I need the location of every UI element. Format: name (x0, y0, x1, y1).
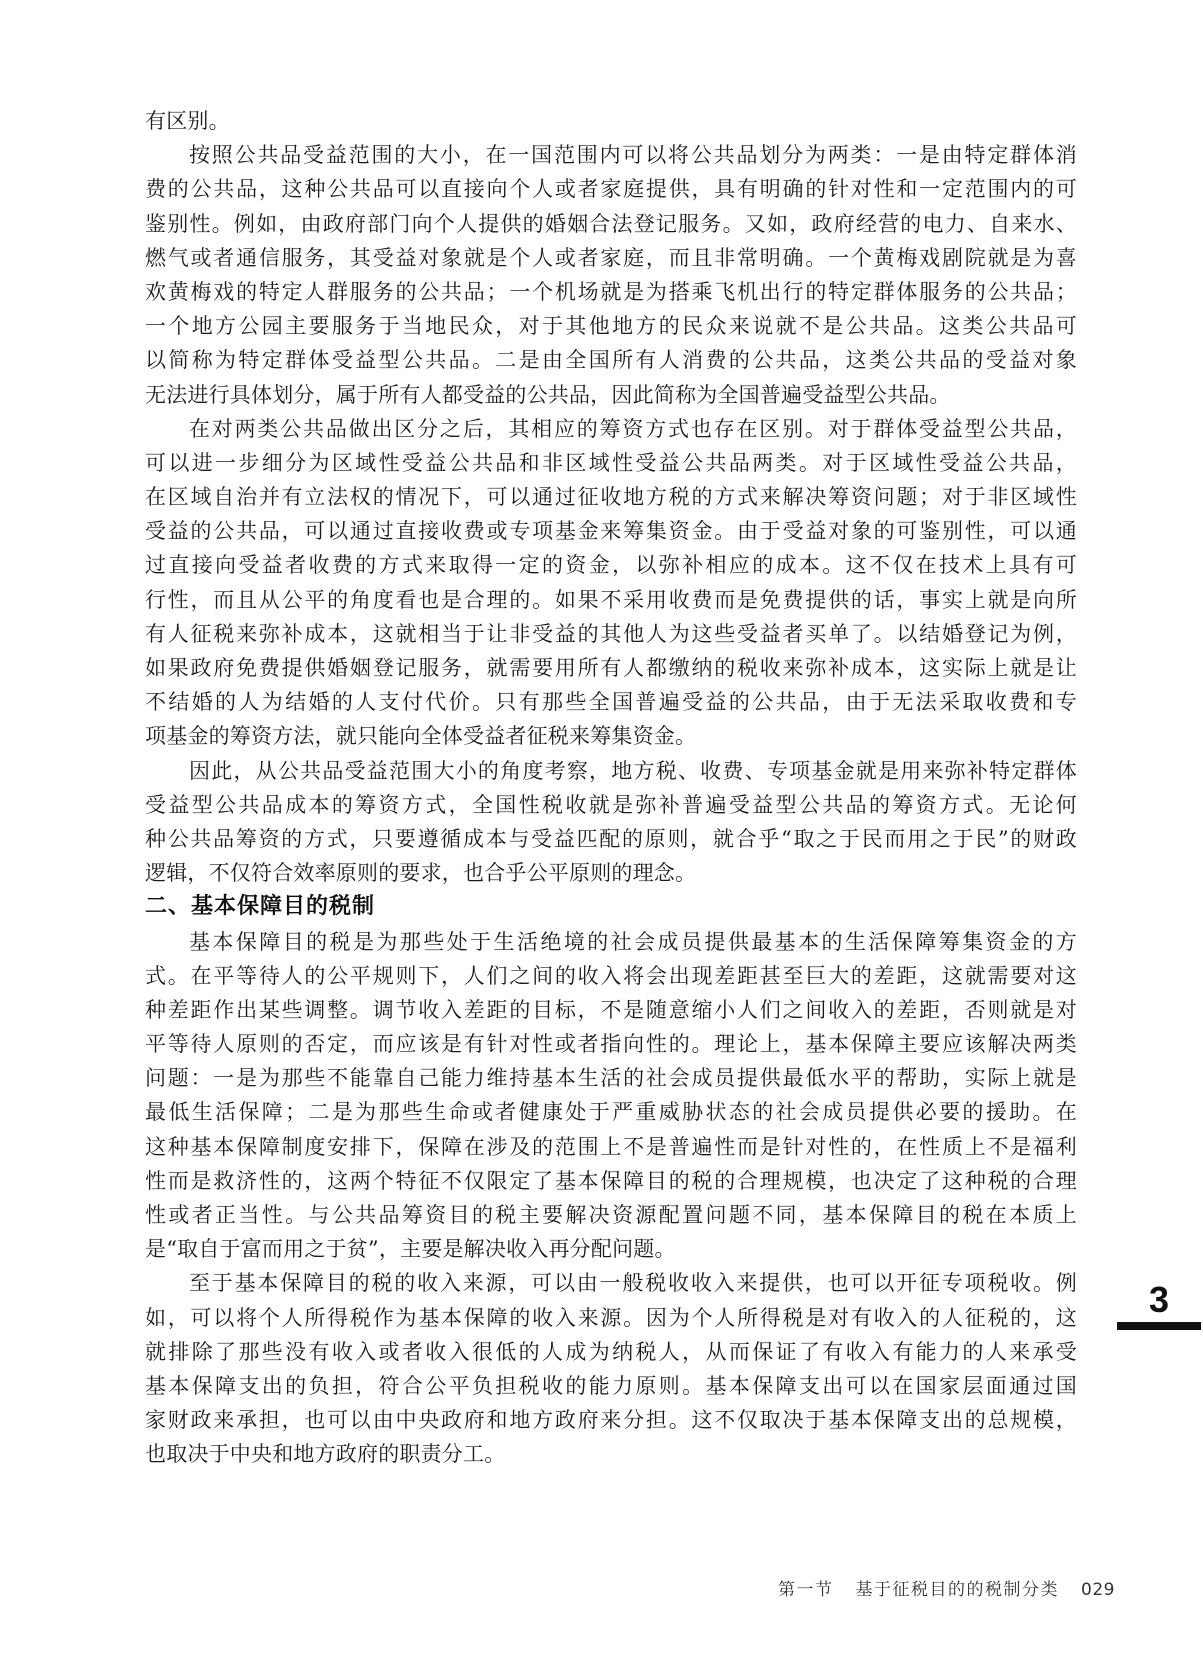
paragraph: 按照公共品受益范围的大小，在一国范围内可以将公共品划分为两类：一是由特定群体消 … (145, 138, 1077, 412)
running-footer: 第一节基于征税目的的税制分类029 (778, 1575, 1115, 1600)
text-line: 平等待人原则的否定，而应该是有针对性或者指向性的。理论上，基本保障主要应该解决两… (145, 1027, 1077, 1061)
text-line: 至于基本保障目的税的收入来源，可以由一般税收收入来提供，也可以开征专项税收。例 (145, 1266, 1077, 1300)
text-line: 性而是救济性的，这两个特征不仅限定了基本保障目的税的合理规模，也决定了这种税的合… (145, 1164, 1077, 1198)
text-line: 如，可以将个人所得税作为基本保障的收入来源。因为个人所得税是对有收入的人征税的，… (145, 1301, 1077, 1335)
body-text-column: 有区别。 按照公共品受益范围的大小，在一国范围内可以将公共品划分为两类：一是由特… (145, 104, 1077, 1472)
text-line: 家财政来承担，也可以由中央政府和地方政府来分担。这不仅取决于基本保障支出的总规模… (145, 1403, 1077, 1437)
text-line: 欢黄梅戏的特定人群服务的公共品；一个机场就是为搭乘飞机出行的特定群体服务的公共品… (145, 275, 1077, 309)
document-page: 有区别。 按照公共品受益范围的大小，在一国范围内可以将公共品划分为两类：一是由特… (0, 0, 1203, 1675)
text-line: 项基金的筹资方法，就只能向全体受益者征税来筹集资金。 (145, 719, 1077, 753)
text-line: 式。在平等待人的公平规则下，人们之间的收入将会出现差距甚至巨大的差距，这就需要对… (145, 959, 1077, 993)
chapter-bar-divider (1117, 1322, 1201, 1330)
paragraph: 基本保障目的税是为那些处于生活绝境的社会成员提供最基本的生活保障筹集资金的方 式… (145, 925, 1077, 1267)
text-line: 不结婚的人为结婚的人支付代价。只有那些全国普遍受益的公共品，由于无法采取收费和专 (145, 685, 1077, 719)
footer-section-title: 基于征税目的的税制分类 (856, 1575, 1060, 1600)
text-line: 这种基本保障制度安排下，保障在涉及的范围上不是普遍性而是针对性的，在性质上不是福… (145, 1130, 1077, 1164)
text-line: 可以进一步细分为区域性受益公共品和非区域性受益公共品两类。对于区域性受益公共品， (145, 446, 1077, 480)
chapter-number: 3 (1117, 1280, 1201, 1320)
text-line: 鉴别性。例如，由政府部门向个人提供的婚姻合法登记服务。又如，政府经营的电力、自来… (145, 207, 1077, 241)
text-line: 受益型公共品成本的筹资方式，全国性税收就是弥补普遍受益型公共品的筹资方式。无论何 (145, 788, 1077, 822)
text-line: 有区别。 (145, 104, 1077, 138)
text-line: 是“取自于富而用之于贫”，主要是解决收入再分配问题。 (145, 1232, 1077, 1266)
text-line: 在区域自治并有立法权的情况下，可以通过征收地方税的方式来解决筹资问题；对于非区域… (145, 480, 1077, 514)
text-line: 种差距作出某些调整。调节收入差距的目标，不是随意缩小人们之间收入的差距，否则就是… (145, 993, 1077, 1027)
text-line: 种公共品筹资的方式，只要遵循成本与受益匹配的原则，就合乎“取之于民而用之于民”的… (145, 822, 1077, 856)
paragraph: 在对两类公共品做出区分之后，其相应的筹资方式也存在区别。对于群体受益型公共品， … (145, 412, 1077, 754)
text-line: 燃气或者通信服务，其受益对象就是个人或者家庭，而且非常明确。一个黄梅戏剧院就是为… (145, 241, 1077, 275)
text-line: 按照公共品受益范围的大小，在一国范围内可以将公共品划分为两类：一是由特定群体消 (145, 138, 1077, 172)
text-line: 最低生活保障；二是为那些生命或者健康处于严重威胁状态的社会成员提供必要的援助。在 (145, 1095, 1077, 1129)
text-line: 无法进行具体划分，属于所有人都受益的公共品，因此简称为全国普遍受益型公共品。 (145, 378, 1077, 412)
text-line: 因此，从公共品受益范围大小的角度考察，地方税、收费、专项基金就是用来弥补特定群体 (145, 754, 1077, 788)
text-line: 逻辑，不仅符合效率原则的要求，也合乎公平原则的理念。 (145, 856, 1077, 890)
text-line: 有人征税来弥补成本，这就相当于让非受益的其他人为这些受益者买单了。以结婚登记为例… (145, 617, 1077, 651)
text-line: 以简称为特定群体受益型公共品。二是由全国所有人消费的公共品，这类公共品的受益对象 (145, 343, 1077, 377)
paragraph: 有区别。 (145, 104, 1077, 138)
text-line: 也取决于中央和地方政府的职责分工。 (145, 1437, 1077, 1471)
text-line: 行性，而且从公平的角度看也是合理的。如果不采用收费而是免费提供的话，事实上就是向… (145, 583, 1077, 617)
text-line: 在对两类公共品做出区分之后，其相应的筹资方式也存在区别。对于群体受益型公共品， (145, 412, 1077, 446)
text-line: 基本保障目的税是为那些处于生活绝境的社会成员提供最基本的生活保障筹集资金的方 (145, 925, 1077, 959)
text-line: 基本保障支出的负担，符合公平负担税收的能力原则。基本保障支出可以在国家层面通过国 (145, 1369, 1077, 1403)
text-line: 性或者正当性。与公共品筹资目的税主要解决资源配置问题不同，基本保障目的税在本质上 (145, 1198, 1077, 1232)
text-line: 就排除了那些没有收入或者收入很低的人成为纳税人，从而保证了有收入有能力的人来承受 (145, 1335, 1077, 1369)
footer-section-label: 第一节 (778, 1575, 834, 1600)
text-line: 如果政府免费提供婚姻登记服务，就需要用所有人都缴纳的税收来弥补成本，这实际上就是… (145, 651, 1077, 685)
text-line: 一个地方公园主要服务于当地民众，对于其他地方的民众来说就不是公共品。这类公共品可 (145, 309, 1077, 343)
section-heading: 二、基本保障目的税制 (145, 890, 1077, 924)
chapter-marker: 3 (1117, 1280, 1201, 1330)
page-number: 029 (1081, 1580, 1115, 1600)
paragraph: 至于基本保障目的税的收入来源，可以由一般税收收入来提供，也可以开征专项税收。例 … (145, 1266, 1077, 1471)
text-line: 过直接向受益者收费的方式来取得一定的资金，以弥补相应的成本。这不仅在技术上具有可 (145, 548, 1077, 582)
text-line: 受益的公共品，可以通过直接收费或专项基金来筹集资金。由于受益对象的可鉴别性，可以… (145, 514, 1077, 548)
text-line: 费的公共品，这种公共品可以直接向个人或者家庭提供，具有明确的针对性和一定范围内的… (145, 172, 1077, 206)
text-line: 问题：一是为那些不能靠自己能力维持基本生活的社会成员提供最低水平的帮助，实际上就… (145, 1061, 1077, 1095)
paragraph: 因此，从公共品受益范围大小的角度考察，地方税、收费、专项基金就是用来弥补特定群体… (145, 754, 1077, 891)
